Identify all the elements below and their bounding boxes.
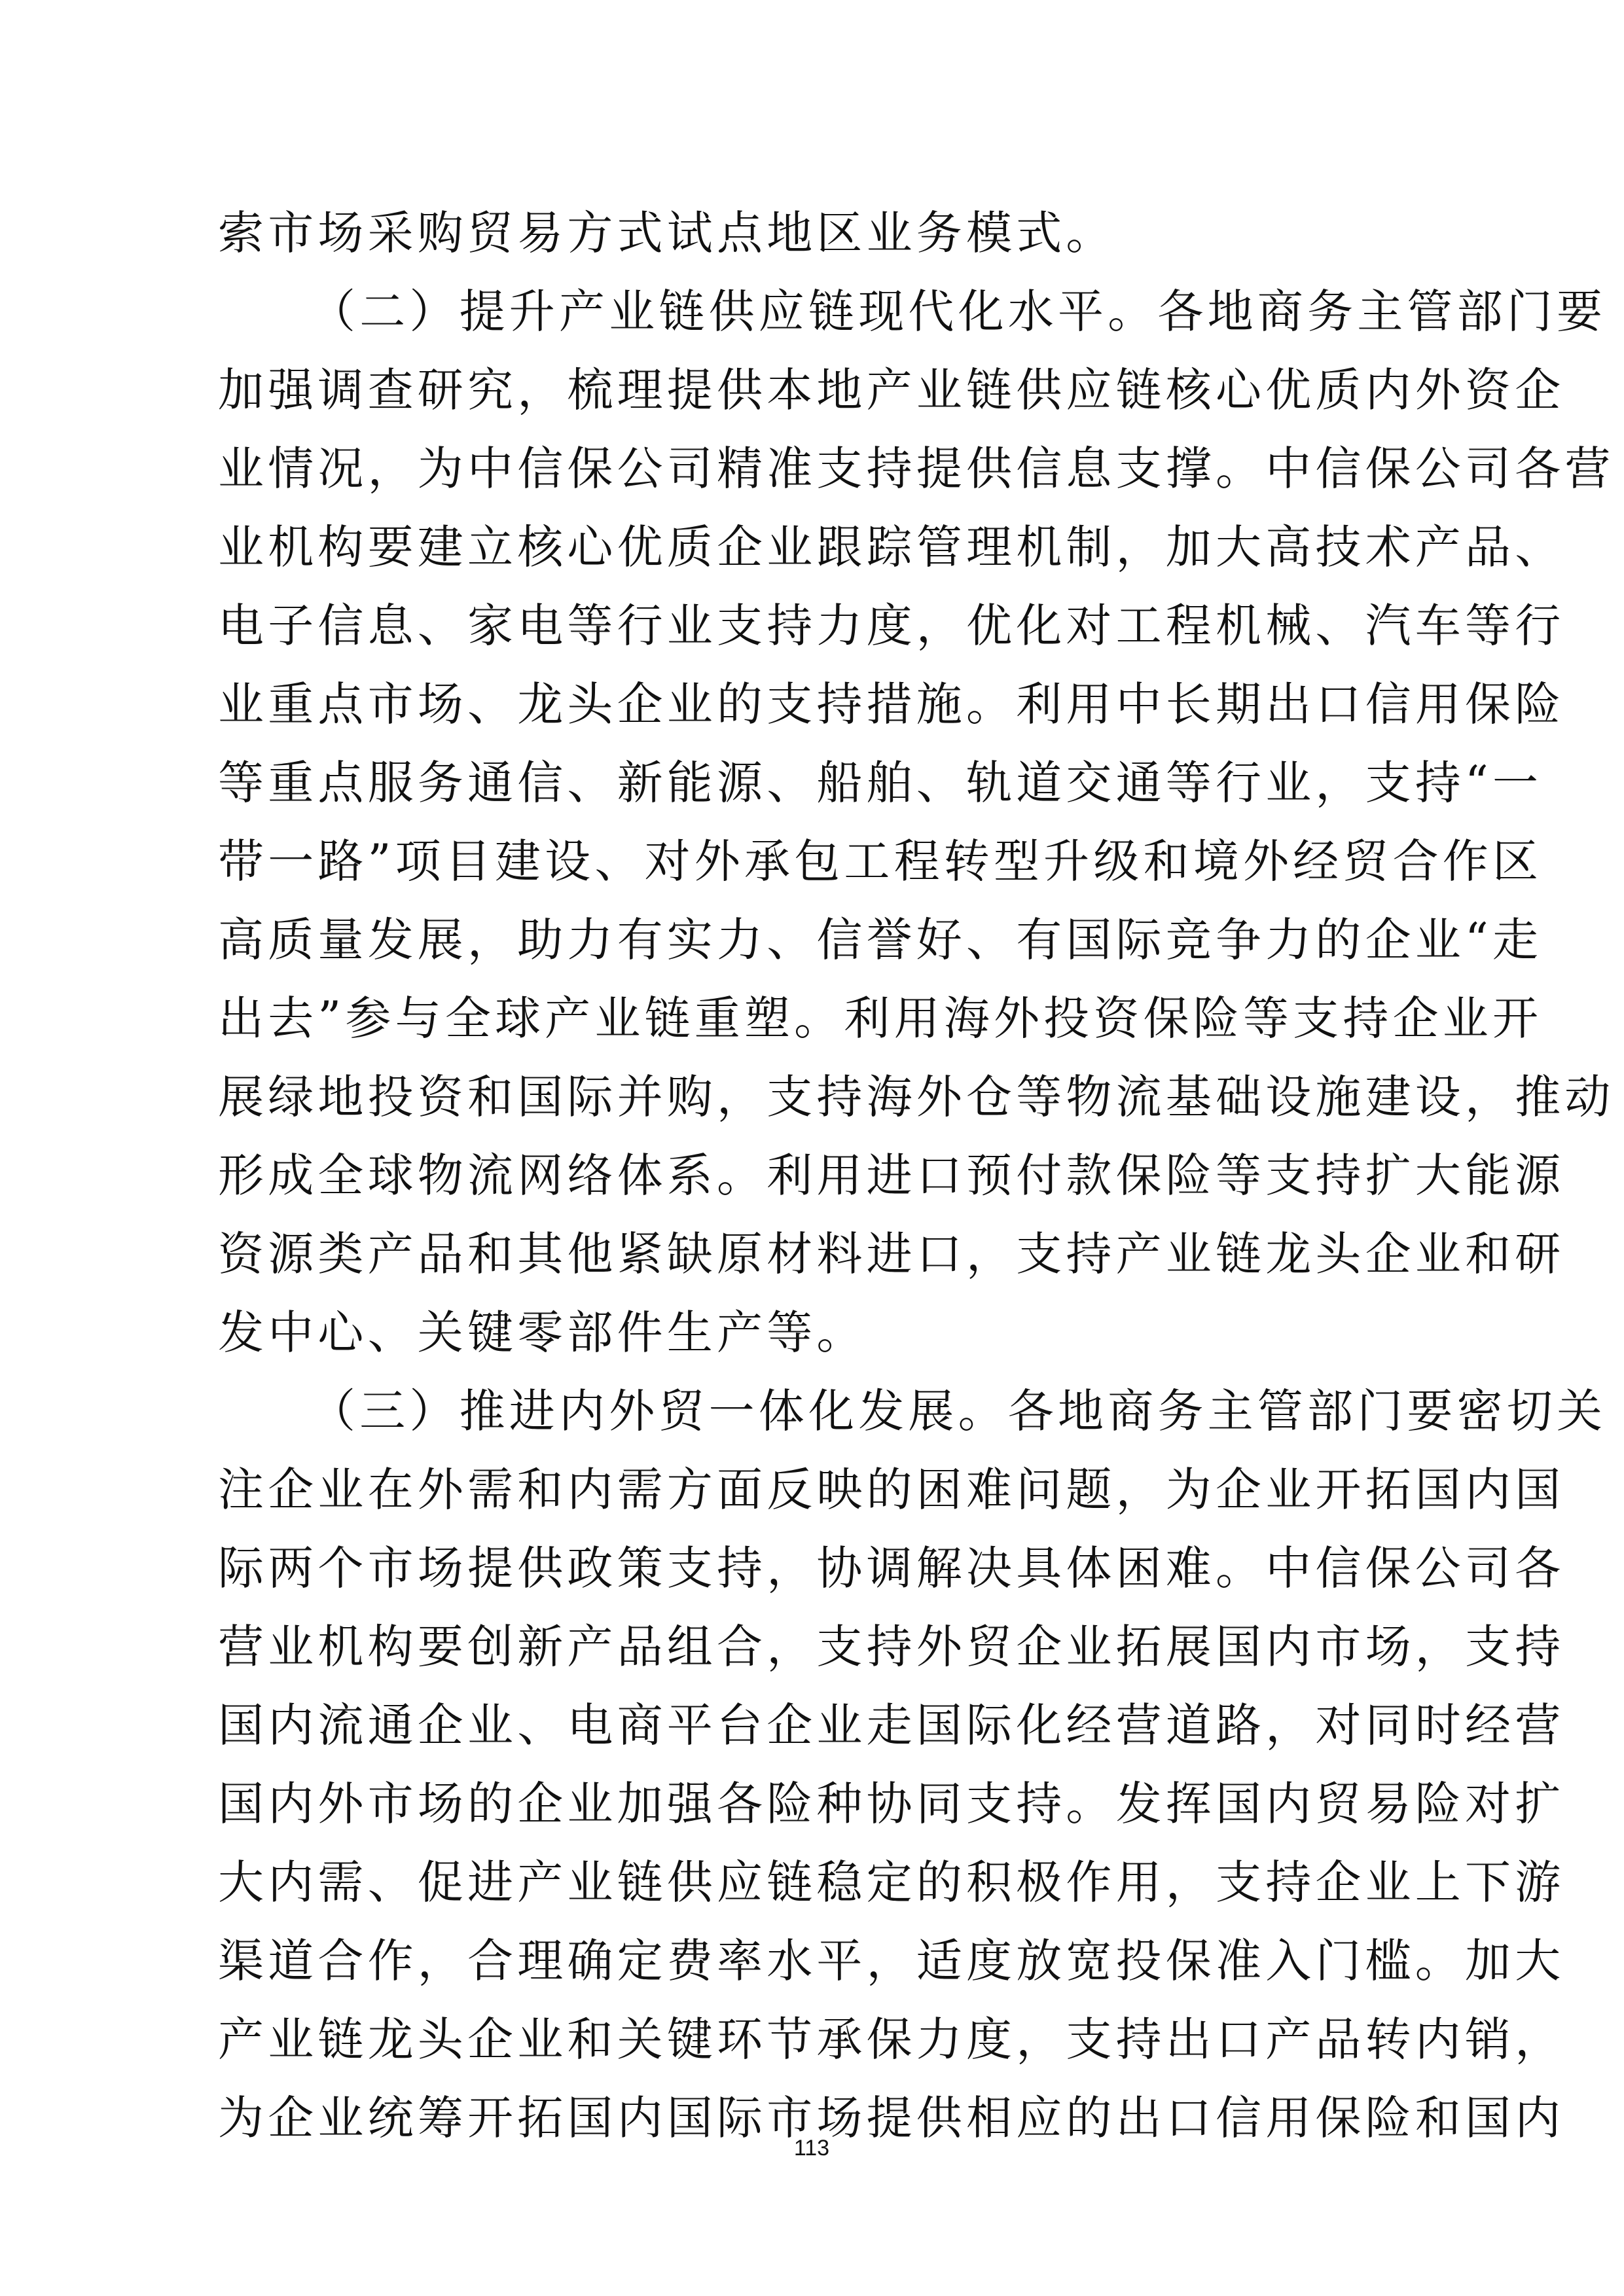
section-heading-line: （二）提升产业链供应链现代化水平。各地商务主管部门要: [310, 272, 1606, 351]
text-line: 国内外市场的企业加强各险种协同支持。发挥国内贸易险对扩: [218, 1765, 1564, 1843]
text-line: 业机构要建立核心优质企业跟踪管理机制，加大高技术产品、: [218, 508, 1564, 586]
text-line: 际两个市场提供政策支持，协调解决具体困难。中信保公司各: [218, 1529, 1564, 1607]
text-line: 资源类产品和其他紧缺原材料进口，支持产业链龙头企业和研: [218, 1215, 1564, 1293]
text-line: 大内需、促进产业链供应链稳定的积极作用，支持企业上下游: [218, 1843, 1564, 1922]
section-heading-line: （三）推进内外贸一体化发展。各地商务主管部门要密切关: [310, 1372, 1606, 1450]
text-line: 高质量发展，助力有实力、信誉好、有国际竞争力的企业“走: [218, 901, 1542, 979]
text-line: 业情况，为中信保公司精准支持提供信息支撑。中信保公司各营: [218, 429, 1615, 508]
text-line: 加强调查研究，梳理提供本地产业链供应链核心优质内外资企: [218, 351, 1564, 429]
text-line: 业重点市场、龙头企业的支持措施。利用中长期出口信用保险: [218, 665, 1564, 744]
text-line: 形成全球物流网络体系。利用进口预付款保险等支持扩大能源: [218, 1136, 1564, 1215]
text-line: 产业链龙头企业和关键环节承保力度，支持出口产品转内销，: [218, 2000, 1564, 2079]
text-line: 展绿地投资和国际并购，支持海外仓等物流基础设施建设，推动: [218, 1058, 1615, 1136]
text-line: 营业机构要创新产品组合，支持外贸企业拓展国内市场，支持: [218, 1607, 1564, 1686]
text-line: 渠道合作，合理确定费率水平，适度放宽投保准入门槛。加大: [218, 1922, 1564, 2000]
text-line: 注企业在外需和内需方面反映的困难问题，为企业开拓国内国: [218, 1450, 1564, 1529]
text-line: 带一路”项目建设、对外承包工程转型升级和境外经贸合作区: [218, 822, 1542, 901]
text-line: 为企业统筹开拓国内国际市场提供相应的出口信用保险和国内: [218, 2079, 1564, 2157]
text-line: 国内流通企业、电商平台企业走国际化经营道路，对同时经营: [218, 1686, 1564, 1765]
text-line: 等重点服务通信、新能源、船舶、轨道交通等行业，支持“一: [218, 744, 1542, 822]
document-page: 索市场采购贸易方式试点地区业务模式。 （二）提升产业链供应链现代化水平。各地商务…: [0, 0, 1624, 2296]
page-number: 113: [792, 2135, 831, 2161]
text-line: 出去”参与全球产业链重塑。利用海外投资保险等支持企业开: [218, 979, 1542, 1058]
text-line: 电子信息、家电等行业支持力度，优化对工程机械、汽车等行: [218, 586, 1564, 665]
text-line: 发中心、关键零部件生产等。: [218, 1293, 867, 1372]
text-line: 索市场采购贸易方式试点地区业务模式。: [218, 194, 1116, 272]
